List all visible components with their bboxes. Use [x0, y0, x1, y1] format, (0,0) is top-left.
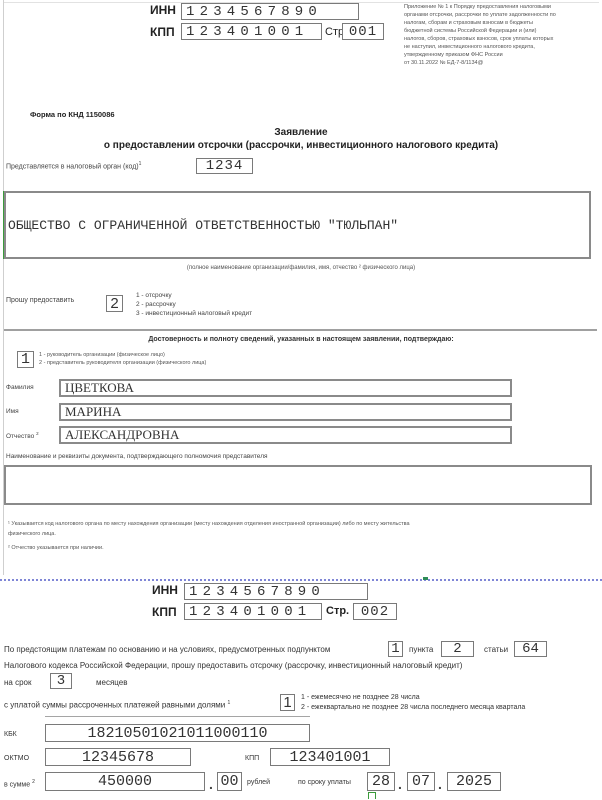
form-code: Форма по КНД 1150086: [30, 110, 115, 119]
appendix-line: утвержденному приказом ФНС России: [404, 51, 600, 59]
inn-label-page2: ИНН: [152, 583, 178, 597]
page-number-field[interactable]: 001: [342, 23, 384, 40]
due-date-label: по сроку уплаты: [298, 779, 351, 786]
kpp-label: КПП: [150, 25, 175, 39]
appendix-line: бюджетной системы Российской Федерации и…: [404, 27, 600, 35]
term-unit: месяцев: [96, 678, 127, 687]
installment-option: 1 - ежемесячно не позднее 28 числа: [301, 693, 525, 703]
confirmation-heading: Достоверность и полноту сведений, указан…: [0, 336, 602, 343]
patronymic-field[interactable]: АЛЕКСАНДРОВНА: [59, 426, 512, 444]
oktmo-field[interactable]: 12345678: [45, 748, 191, 766]
page-break-marker: [423, 577, 428, 580]
tax-authority-label-text: Представляется в налоговый орган (код): [6, 163, 139, 170]
amount-label-text: в сумме: [4, 781, 30, 788]
tax-authority-label: Представляется в налоговый орган (код)1: [6, 161, 141, 170]
installment-schedule-field[interactable]: 1: [280, 694, 295, 711]
page-break: [0, 579, 602, 581]
footnote: ² Отчество указывается при наличии.: [8, 543, 410, 553]
due-date-day-field[interactable]: 28: [367, 772, 395, 791]
due-date-month-field[interactable]: 07: [407, 772, 435, 791]
decimal-separator: .: [209, 776, 213, 792]
footnote-mark: 2: [36, 431, 39, 436]
request-options: 1 - отсрочку 2 - рассрочку 3 - инвестици…: [136, 291, 252, 318]
document-label: Наименование и реквизиты документа, подт…: [6, 453, 268, 460]
surname-label: Фамилия: [6, 384, 34, 391]
appendix-line: органами отсрочки, рассрочки по уплате з…: [404, 11, 600, 19]
kbk-label: КБК: [4, 731, 17, 738]
appendix-note: Приложение № 1 к Порядку предоставления …: [404, 3, 600, 67]
confirmation-signer-field[interactable]: 1: [17, 351, 34, 368]
amount-kopecks-field[interactable]: 00: [217, 772, 242, 791]
request-type-field[interactable]: 2: [106, 295, 123, 312]
inn-field-page2[interactable]: 1234567890: [184, 583, 368, 600]
footnote-mark: 1: [139, 161, 142, 167]
tax-authority-code-field[interactable]: 1234: [196, 158, 253, 174]
date-separator: .: [438, 776, 442, 792]
appendix-line: налогов, сборов, страховых взносов, срок…: [404, 35, 600, 43]
kpp-label-page2: КПП: [152, 605, 177, 619]
inn-field[interactable]: 1234567890: [181, 3, 359, 20]
due-date-year-field[interactable]: 2025: [447, 772, 501, 791]
date-separator: .: [398, 776, 402, 792]
term-months-field[interactable]: 3: [50, 673, 72, 689]
basis-text: По предстоящим платежам по основанию и н…: [4, 645, 330, 654]
footnote: ¹ Указывается код налогового органа по м…: [8, 519, 410, 529]
divider: [4, 329, 597, 331]
paragraph-field[interactable]: 2: [441, 641, 474, 657]
request-label: Прошу предоставить: [6, 297, 74, 304]
installments-label-text: с уплатой суммы рассроченных платежей ра…: [4, 701, 225, 710]
divider: [45, 716, 310, 717]
request-option: 2 - рассрочку: [136, 300, 252, 309]
authority-document-field[interactable]: [4, 465, 592, 505]
kpp-field-payment[interactable]: 123401001: [270, 748, 390, 766]
kpp-field[interactable]: 123401001: [181, 23, 322, 40]
page-label-page2: Стр.: [326, 605, 349, 617]
page-number-field-page2[interactable]: 002: [353, 603, 397, 620]
article-label: статьи: [484, 645, 508, 654]
term-label: на срок: [4, 678, 32, 687]
inn-label: ИНН: [150, 3, 176, 17]
basis-text-line2: Налогового кодекса Российской Федерации,…: [4, 661, 462, 670]
organization-name-field[interactable]: ОБЩЕСТВО С ОГРАНИЧЕННОЙ ОТВЕТСТВЕННОСТЬЮ…: [4, 191, 591, 259]
installment-options: 1 - ежемесячно не позднее 28 числа 2 - е…: [301, 693, 525, 713]
installments-label: с уплатой суммы рассроченных платежей ра…: [4, 700, 230, 710]
paragraph-label: пункта: [409, 645, 433, 654]
subparagraph-field[interactable]: 1: [388, 641, 403, 657]
installment-option: 2 - ежеквартально не позднее 28 числа по…: [301, 703, 525, 713]
form-title: Заявление: [0, 127, 602, 138]
footnote-mark: 2: [32, 779, 35, 785]
amount-label: в сумме 2: [4, 779, 35, 788]
appendix-line: Приложение № 1 к Порядку предоставления …: [404, 3, 600, 11]
patronymic-label-text: Отчество: [6, 433, 34, 440]
article-field[interactable]: 64: [514, 641, 547, 657]
cell-cursor-marker: [368, 792, 376, 799]
first-name-field[interactable]: МАРИНА: [59, 403, 512, 421]
confirmation-options: 1 - руководитель организации (физическое…: [39, 351, 206, 367]
kpp-label-payment: КПП: [245, 755, 259, 762]
kbk-field[interactable]: 18210501021011000110: [45, 724, 310, 742]
confirmation-option: 2 - представитель руководителя организац…: [39, 359, 206, 367]
amount-rubles-field[interactable]: 450000: [45, 772, 205, 791]
request-option: 3 - инвестиционный налоговый кредит: [136, 309, 252, 318]
appendix-line: налогам, сборам и страховым взносам в бю…: [404, 19, 600, 27]
oktmo-label: ОКТМО: [4, 755, 29, 762]
amount-unit: рублей: [247, 779, 270, 786]
appendix-line: от 30.11.2022 № ЕД-7-8/1134@: [404, 59, 600, 67]
surname-field[interactable]: ЦВЕТКОВА: [59, 379, 512, 397]
patronymic-label: Отчество 2: [6, 431, 39, 440]
footnote: физического лица.: [8, 529, 410, 539]
organization-name-caption: (полное наименование организации/фамилия…: [0, 264, 602, 272]
form-subtitle: о предоставлении отсрочки (рассрочки, ин…: [0, 140, 602, 151]
footnote-mark: 1: [228, 700, 231, 706]
request-option: 1 - отсрочку: [136, 291, 252, 300]
footnotes: ¹ Указывается код налогового органа по м…: [8, 519, 410, 553]
kpp-field-page2[interactable]: 123401001: [184, 603, 322, 620]
confirmation-option: 1 - руководитель организации (физическое…: [39, 351, 206, 359]
appendix-line: не наступил, инвестиционного налогового …: [404, 43, 600, 51]
name-label: Имя: [6, 408, 19, 415]
